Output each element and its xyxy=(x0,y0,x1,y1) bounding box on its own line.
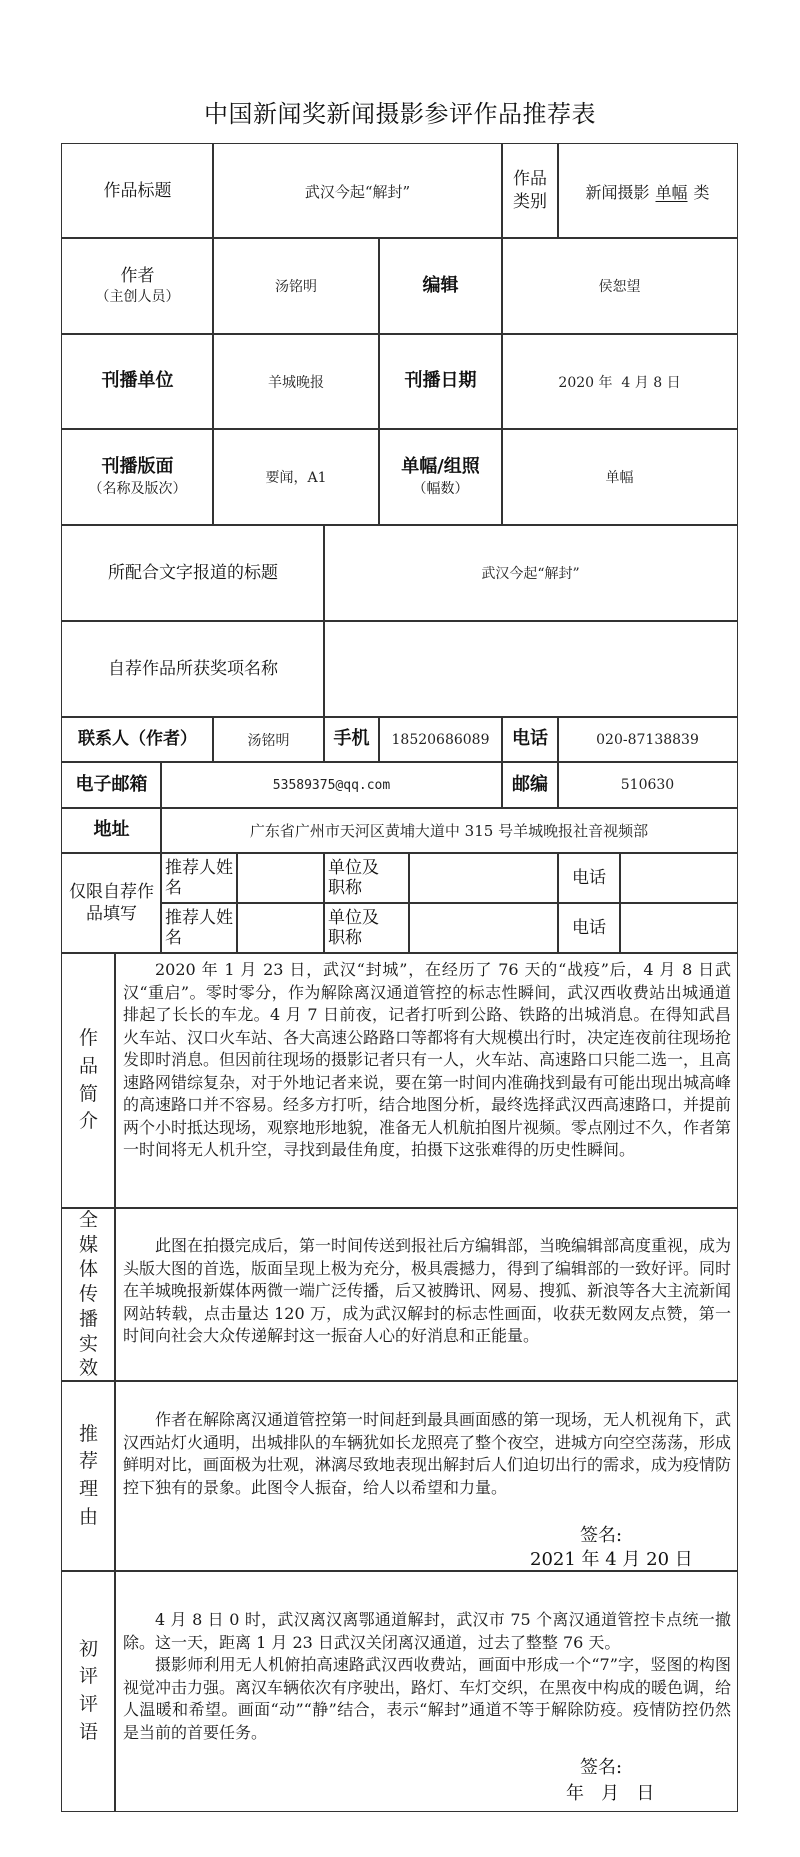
recommender-unit-label-2: 单位及职称 xyxy=(323,902,410,954)
recommender-phone-value-1[interactable] xyxy=(619,852,738,904)
intro-cell: 2020 年 1 月 23 日，武汉“封城”，在经历了 76 天的“战疫”后，4… xyxy=(114,952,738,1209)
photo-type-label: 单幅/组照 xyxy=(401,455,480,479)
media-effect-label: 全媒体传播实效 xyxy=(79,1208,98,1381)
recommender-phone-label-1: 电话 xyxy=(557,852,621,904)
publish-date-value: 2020 年 4 月 8 日 xyxy=(501,333,738,430)
author-label-cell: 作者（主创人员） xyxy=(61,237,214,335)
email-label: 电子邮箱 xyxy=(61,761,162,809)
recommender-name-label-1: 推荐人姓名 xyxy=(160,852,238,904)
author-label: 作者 xyxy=(121,265,155,288)
email-value: 53589375@qq.com xyxy=(160,761,503,809)
author-sublabel: （主创人员） xyxy=(96,288,180,307)
article-title-value: 武汉今起“解封” xyxy=(323,524,738,622)
page-label-cell: 刊播版面（名称及版次） xyxy=(61,428,214,526)
photo-type-value: 单幅 xyxy=(501,428,738,526)
recommendation-label-cell: 推荐理由 xyxy=(61,1380,116,1572)
recommendation-cell: 作者在解除离汉通道管控第一时间赶到最具画面感的第一现场，无人机视角下，武汉西站灯… xyxy=(114,1380,738,1572)
editor-label: 编辑 xyxy=(378,237,503,335)
recommender-unit-value-1[interactable] xyxy=(408,852,559,904)
intro-label: 作品简介 xyxy=(79,1025,98,1135)
review-label: 初评评语 xyxy=(79,1636,98,1746)
work-category-label: 作品类别 xyxy=(501,143,559,239)
page-label: 刊播版面 xyxy=(102,455,174,479)
review-paragraph-1: 4 月 8 日 0 时，武汉离汉离鄂通道解封，武汉市 75 个离汉通道管控卡点统… xyxy=(123,1609,731,1654)
review-signature-label: 签名: xyxy=(580,1753,622,1779)
contact-value: 汤铭明 xyxy=(212,716,325,763)
article-title-label: 所配合文字报道的标题 xyxy=(61,524,325,622)
editor-value: 侯恕望 xyxy=(501,237,738,335)
address-label: 地址 xyxy=(61,807,162,854)
category-prefix: 新闻摄影 xyxy=(585,180,649,203)
self-recommend-label: 仅限自荐作品填写 xyxy=(61,852,162,954)
work-category-label-1: 作品 xyxy=(513,168,547,191)
contact-label: 联系人（作者） xyxy=(61,716,214,763)
recommendation-date: 2021 年 4 月 20 日 xyxy=(530,1545,693,1571)
recommender-name-label-2: 推荐人姓名 xyxy=(160,902,238,954)
recommender-phone-label-2: 电话 xyxy=(557,902,621,954)
photo-type-sublabel: （幅数） xyxy=(412,480,468,499)
page-sublabel: （名称及版次） xyxy=(89,480,187,499)
recommender-phone-value-2[interactable] xyxy=(619,902,738,954)
awards-value xyxy=(323,620,738,718)
media-effect-text: 此图在拍摄完成后，第一时间传送到报社后方编辑部，当晚编辑部高度重视，成为头版大图… xyxy=(123,1235,731,1348)
review-label-cell: 初评评语 xyxy=(61,1570,116,1812)
phone-value: 020-87138839 xyxy=(557,716,738,763)
recommendation-label: 推荐理由 xyxy=(79,1421,98,1531)
publisher-label: 刊播单位 xyxy=(61,333,214,430)
recommender-name-value-1[interactable] xyxy=(236,852,325,904)
review-date: 年 月 日 xyxy=(566,1779,654,1805)
publish-date-label: 刊播日期 xyxy=(378,333,503,430)
recommendation-signature-label: 签名: xyxy=(580,1521,622,1547)
intro-text: 2020 年 1 月 23 日，武汉“封城”，在经历了 76 天的“战疫”后，4… xyxy=(123,959,731,1162)
mobile-value: 18520686089 xyxy=(378,716,503,763)
review-cell: 4 月 8 日 0 时，武汉离汉离鄂通道解封，武汉市 75 个离汉通道管控卡点统… xyxy=(114,1570,738,1812)
zip-value: 510630 xyxy=(557,761,738,809)
intro-label-cell: 作品简介 xyxy=(61,952,116,1209)
recommender-name-value-2[interactable] xyxy=(236,902,325,954)
media-effect-cell: 此图在拍摄完成后，第一时间传送到报社后方编辑部，当晚编辑部高度重视，成为头版大图… xyxy=(114,1207,738,1382)
zip-label: 邮编 xyxy=(501,761,559,809)
mobile-label: 手机 xyxy=(323,716,380,763)
address-value: 广东省广州市天河区黄埔大道中 315 号羊城晚报社音视频部 xyxy=(160,807,738,854)
recommender-unit-label-1: 单位及职称 xyxy=(323,852,410,904)
photo-type-label-cell: 单幅/组照（幅数） xyxy=(378,428,503,526)
recommendation-text: 作者在解除离汉通道管控第一时间赶到最具画面感的第一现场，无人机视角下，武汉西站灯… xyxy=(123,1409,731,1499)
author-value: 汤铭明 xyxy=(212,237,380,335)
phone-label: 电话 xyxy=(501,716,559,763)
work-title-label: 作品标题 xyxy=(61,143,214,239)
form-title: 中国新闻奖新闻摄影参评作品推荐表 xyxy=(0,94,800,129)
page-value: 要闻，A1 xyxy=(212,428,380,526)
publisher-value: 羊城晚报 xyxy=(212,333,380,430)
category-suffix: 类 xyxy=(694,180,710,203)
recommender-unit-value-2[interactable] xyxy=(408,902,559,954)
media-effect-label-cell: 全媒体传播实效 xyxy=(61,1207,116,1382)
work-category-label-2: 类别 xyxy=(513,191,547,214)
review-paragraph-2: 摄影师利用无人机俯拍高速路武汉西收费站，画面中形成一个“7”字，竖图的构图视觉冲… xyxy=(123,1654,731,1744)
category-value: 单幅 xyxy=(649,180,693,203)
work-title-value: 武汉今起“解封” xyxy=(212,143,503,239)
work-category-value: 新闻摄影单幅类 xyxy=(557,143,738,239)
awards-label: 自荐作品所获奖项名称 xyxy=(61,620,325,718)
